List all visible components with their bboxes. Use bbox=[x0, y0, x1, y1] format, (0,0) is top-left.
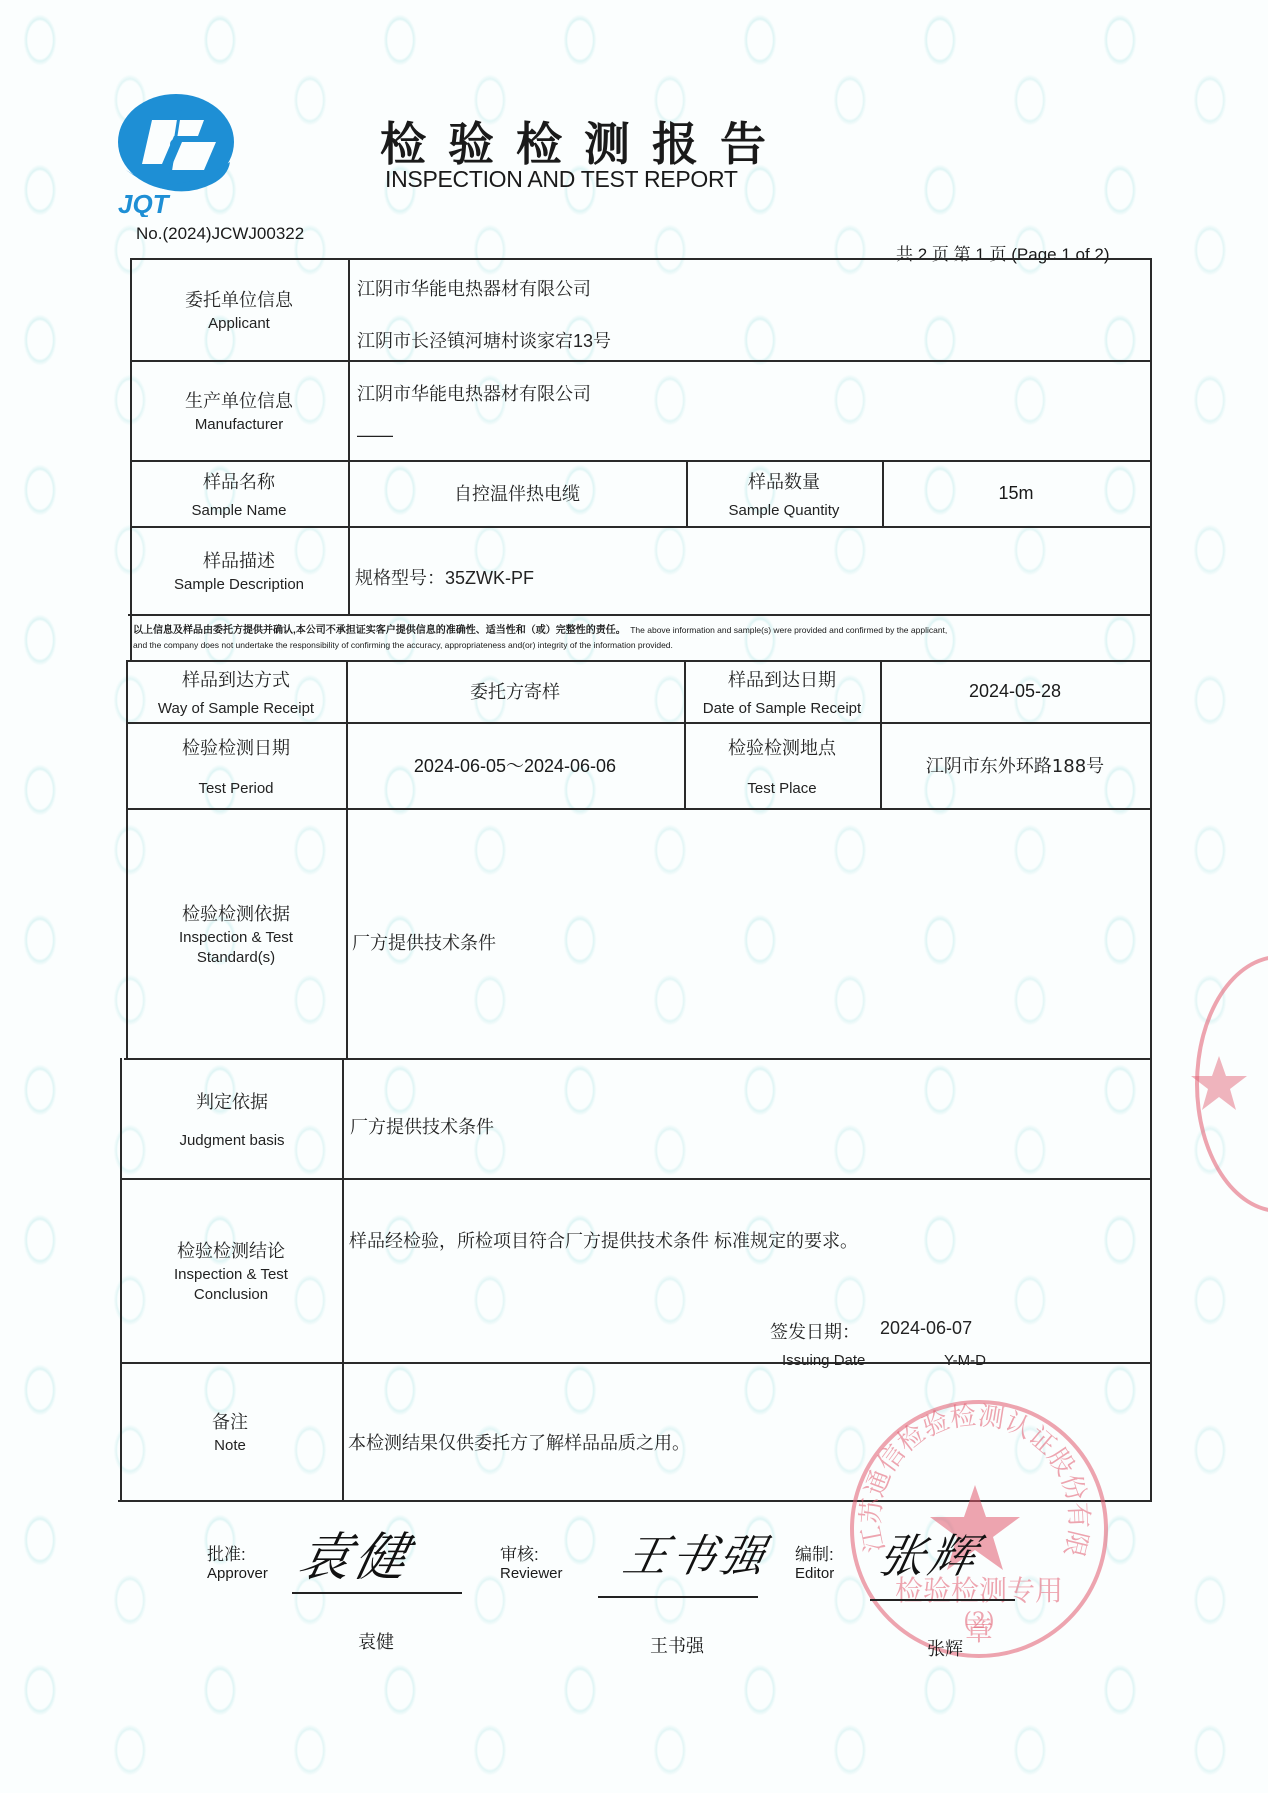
page-indicator: 共 2 页 第 1 页 (Page 1 of 2) bbox=[896, 240, 1110, 265]
standards-label: 检验检测依据 Inspection & Test Standard(s) bbox=[126, 808, 346, 1058]
judgment-label: 判定依据 Judgment basis bbox=[122, 1058, 342, 1178]
jqt-logo-icon: JQT bbox=[112, 92, 247, 217]
editor-name: 张辉 bbox=[927, 1635, 963, 1661]
note-value: 本检测结果仅供委托方了解样品品质之用。 bbox=[348, 1429, 690, 1455]
sample-name-value: 自控温伴热电缆 bbox=[348, 460, 686, 526]
test-period-label: 检验检测日期 Test Period bbox=[126, 722, 346, 808]
partial-seal-edge bbox=[1195, 955, 1268, 1213]
receipt-way-label: 样品到达方式 Way of Sample Receipt bbox=[126, 660, 346, 722]
approver-signature-line bbox=[292, 1592, 462, 1594]
reviewer-signature: 王书强 bbox=[618, 1520, 776, 1584]
report-title-en: INSPECTION AND TEST REPORT bbox=[385, 166, 738, 193]
manufacturer-name: 江阴市华能电热器材有限公司 bbox=[357, 380, 591, 406]
company-logo: JQT bbox=[112, 92, 247, 217]
editor-signature: 张辉 bbox=[873, 1520, 987, 1586]
judgment-value: 厂方提供技术条件 bbox=[350, 1113, 494, 1139]
sample-name-label: 样品名称 Sample Name bbox=[130, 460, 348, 526]
receipt-way-value: 委托方寄样 bbox=[346, 660, 684, 722]
label-col-divider bbox=[348, 258, 350, 614]
note-label: 备注 Note bbox=[118, 1362, 342, 1500]
row-divider bbox=[128, 614, 1152, 616]
disclaimer: 以上信息及样品由委托方提供并确认,本公司不承担证实客户提供信息的准确性、适当性和… bbox=[133, 620, 1148, 650]
receipt-date-value: 2024-05-28 bbox=[880, 660, 1150, 722]
applicant-label: 委托单位信息 Applicant bbox=[130, 258, 348, 360]
approver-signature: 袁健 bbox=[292, 1515, 420, 1590]
reviewer-name: 王书强 bbox=[650, 1632, 704, 1658]
issue-date-label: 签发日期： bbox=[770, 1318, 860, 1344]
sample-description-label: 样品描述 Sample Description bbox=[130, 526, 348, 614]
disclaimer-cn: 以上信息及样品由委托方提供并确认,本公司不承担证实客户提供信息的准确性、适当性和… bbox=[133, 625, 626, 636]
sample-quantity-value: 15m bbox=[882, 460, 1150, 526]
test-place-value: 江阴市东外环路188号 bbox=[880, 722, 1150, 808]
disclaimer-en-2: and the company does not undertake the r… bbox=[133, 640, 1148, 650]
sample-quantity-label: 样品数量 Sample Quantity bbox=[686, 460, 882, 526]
reviewer-label: 审核: Reviewer bbox=[500, 1540, 563, 1582]
issue-date-value: 2024-06-07 bbox=[880, 1318, 972, 1339]
applicant-address: 江阴市长泾镇河塘村谈家宕13号 bbox=[357, 327, 611, 353]
sample-description-value: 规格型号：35ZWK-PF bbox=[355, 564, 534, 590]
issue-date-label-en: Issuing Date bbox=[782, 1352, 865, 1369]
manufacturer-label: 生产单位信息 Manufacturer bbox=[130, 360, 348, 460]
date-format: Y-M-D bbox=[944, 1352, 986, 1369]
manufacturer-address: —— bbox=[357, 425, 393, 446]
standards-value: 厂方提供技术条件 bbox=[352, 929, 496, 955]
partial-seal-star-icon bbox=[1189, 1054, 1249, 1114]
conclusion-label: 检验检测结论 Inspection & Test Conclusion bbox=[120, 1178, 342, 1362]
receipt-date-label: 样品到达日期 Date of Sample Receipt bbox=[684, 660, 880, 722]
report-number: No.(2024)JCWJ00322 bbox=[136, 224, 304, 244]
approver-label: 批准: Approver bbox=[207, 1540, 268, 1582]
applicant-name: 江阴市华能电热器材有限公司 bbox=[357, 275, 591, 301]
reviewer-signature-line bbox=[598, 1596, 758, 1598]
report-title-cn: 检验检测报告 bbox=[380, 108, 800, 174]
table-border-right bbox=[1150, 258, 1152, 1502]
editor-label: 编制: Editor bbox=[795, 1540, 834, 1582]
label-col-divider bbox=[342, 1058, 344, 1502]
test-place-label: 检验检测地点 Test Place bbox=[684, 722, 880, 808]
editor-signature-line bbox=[870, 1599, 1015, 1601]
conclusion-value: 样品经检验，所检项目符合厂方提供技术条件 标准规定的要求。 bbox=[349, 1227, 858, 1253]
test-period-value: 2024-06-05～2024-06-06 bbox=[346, 722, 684, 808]
approver-name: 袁健 bbox=[358, 1628, 394, 1654]
disclaimer-en-1: The above information and sample(s) were… bbox=[630, 625, 947, 635]
svg-text:JQT: JQT bbox=[118, 189, 171, 217]
